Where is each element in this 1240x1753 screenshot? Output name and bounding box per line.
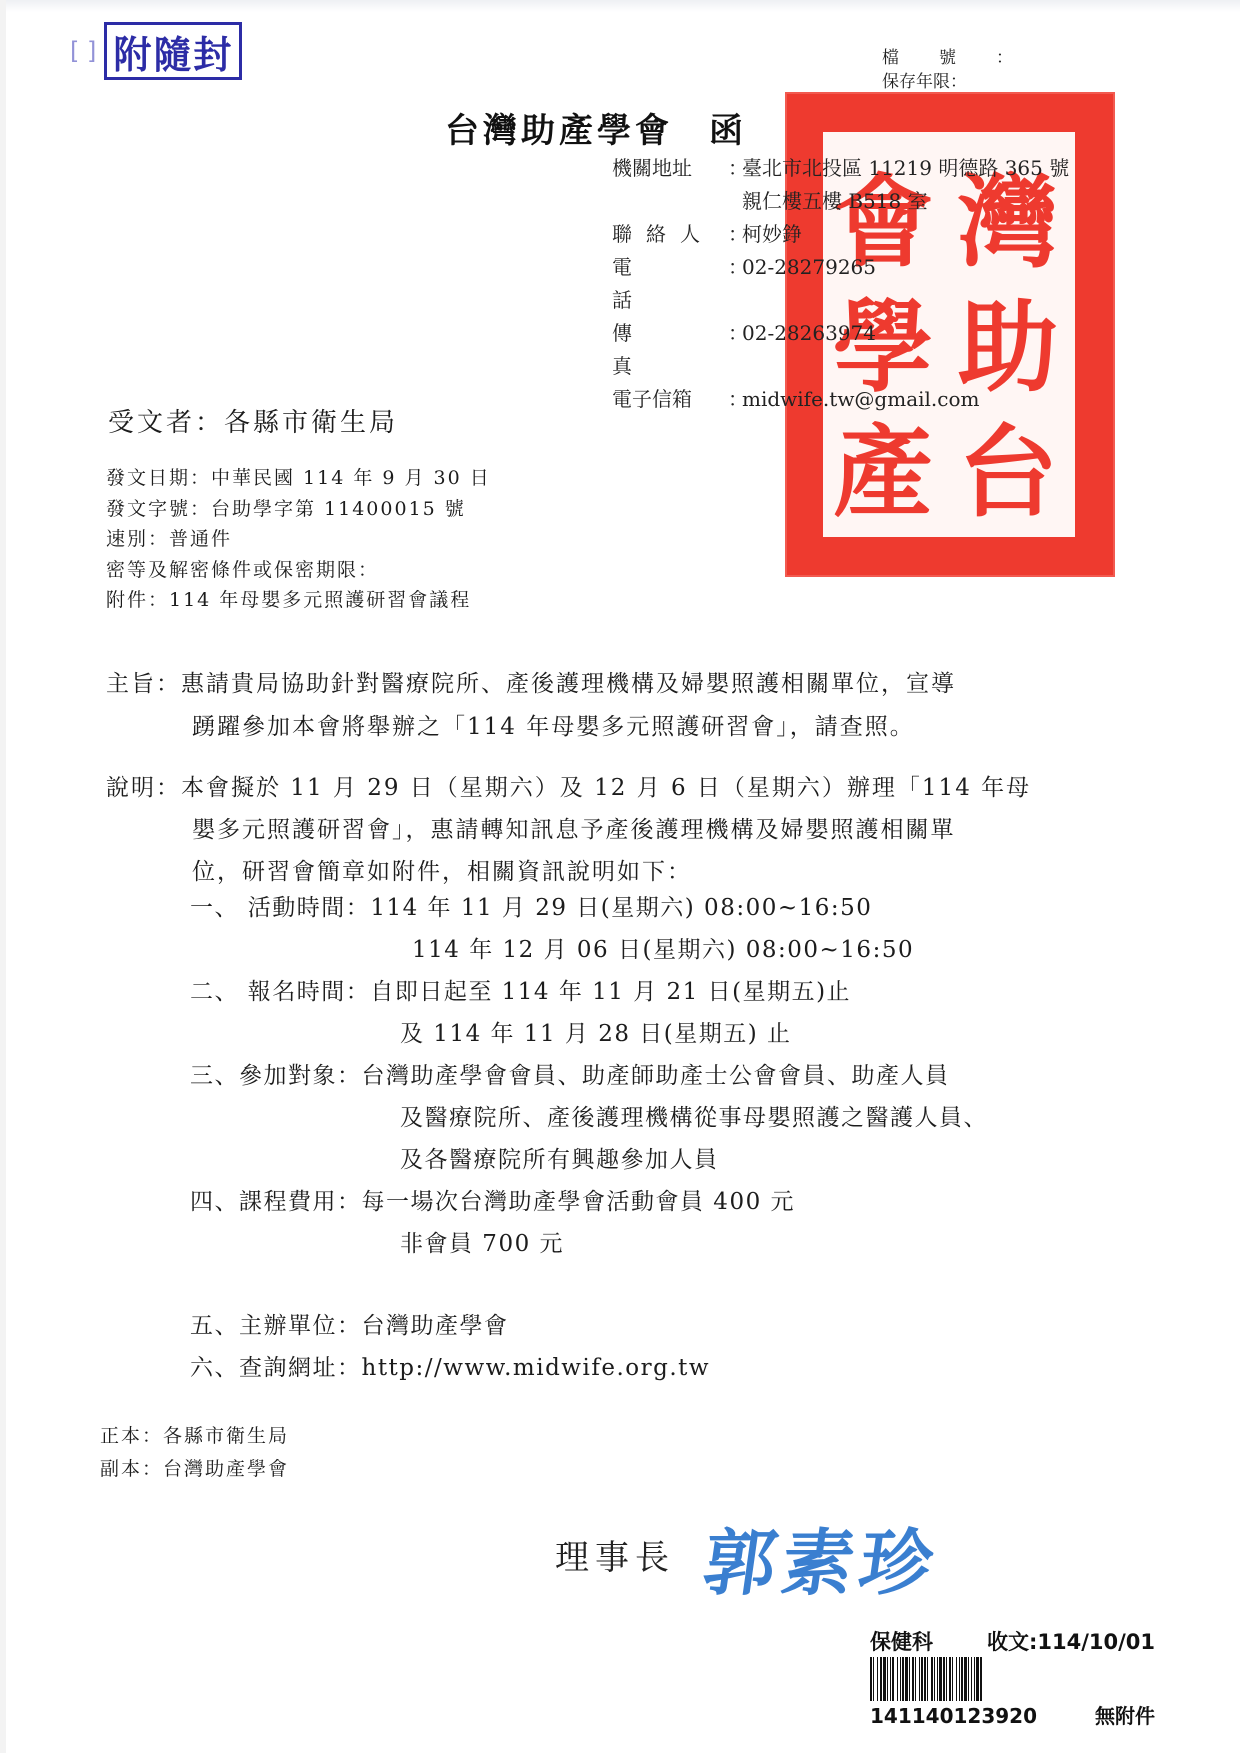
original-recipient: 正本：各縣市衛生局 — [100, 1420, 289, 1453]
item-organizer: 五、主辦單位：台灣助產學會 — [190, 1305, 988, 1347]
recipient: 受文者：各縣市衛生局 — [108, 402, 398, 439]
contact-phone: 電話： 02-28279265 — [612, 251, 1069, 317]
explanation-line: 嬰多元照護研習會」，惠請轉知訊息予產後護理機構及婦嬰照護相關單 — [106, 809, 1031, 851]
item-line: 每一場次台灣助產學會活動會員 400 元 — [362, 1189, 796, 1215]
receiving-department: 保健科 — [870, 1630, 933, 1654]
website-link[interactable]: http://www.midwife.org.tw — [362, 1355, 711, 1381]
enclosure-stamp: [ ] 附隨封 — [70, 22, 242, 80]
contact-email: 電子信箱： midwife.tw@gmail.com — [612, 383, 1069, 416]
item-line: 及各醫療院所有興趣參加人員 — [190, 1139, 988, 1181]
contact-block: 機關地址： 臺北市北投區 11219 明德路 365 號 親仁樓五樓 B518 … — [612, 152, 1069, 416]
contact-value: 柯妙錚 — [742, 218, 802, 251]
contact-address: 機關地址： 臺北市北投區 11219 明德路 365 號 — [612, 152, 1069, 185]
contact-label: 聯絡人 — [612, 218, 728, 251]
item-line: 及 114 年 11 月 28 日(星期五) 止 — [190, 1013, 988, 1055]
contact-person: 聯絡人： 柯妙錚 — [612, 218, 1069, 251]
organization-name: 台灣助產學會 — [445, 111, 673, 151]
item-line: 台灣助產學會會員、助產師助產士公會會員、助產人員 — [362, 1063, 950, 1089]
document-meta: 發文日期：中華民國 114 年 9 月 30 日 發文字號：台助學字第 1140… — [106, 463, 491, 616]
received-date: 收文:114/10/01 — [987, 1630, 1155, 1654]
contact-label: 電話 — [612, 251, 728, 317]
item-line: 非會員 700 元 — [190, 1223, 988, 1265]
item-label: 一、 活動時間： — [190, 895, 370, 921]
contact-label: 機關地址 — [612, 152, 728, 185]
explanation: 說明：本會擬於 11 月 29 日（星期六）及 12 月 6 日（星期六）辦理「… — [106, 767, 1031, 893]
item-label: 三、參加對象： — [190, 1063, 362, 1089]
item-activity-time: 一、 活動時間：114 年 11 月 29 日(星期六) 08:00~16:50… — [190, 887, 988, 971]
item-registration-time: 二、 報名時間：自即日起至 114 年 11 月 21 日(星期五)止 及 11… — [190, 971, 988, 1055]
explanation-items: 一、 活動時間：114 年 11 月 29 日(星期六) 08:00~16:50… — [190, 887, 988, 1389]
file-meta: 檔號 ： 保存年限 ： — [882, 46, 1013, 94]
scan-left-edge — [0, 0, 6, 1753]
item-fees: 四、課程費用：每一場次台灣助產學會活動會員 400 元 非會員 700 元 — [190, 1181, 988, 1265]
file-no-row: 檔號 ： — [882, 46, 1013, 70]
receipt-label: 保健科 收文:114/10/01 141140123920 無附件 — [870, 1630, 1155, 1735]
barcode-icon — [870, 1657, 1155, 1701]
explanation-label: 說明： — [106, 775, 181, 801]
document-number: 發文字號：台助學字第 11400015 號 — [106, 494, 491, 525]
signatory-title: 理事長 — [555, 1530, 675, 1579]
item-label: 五、主辦單位： — [190, 1313, 362, 1339]
seal-glyph: 產 — [833, 422, 933, 522]
attachment-status: 無附件 — [1095, 1704, 1155, 1728]
subject-line: 惠請貴局協助針對醫療院所、產後護理機構及婦嬰照護相關單位，宣導 — [181, 671, 956, 697]
subject-line: 踴躍參加本會將舉辦之「114 年母嬰多元照護研習會」，請查照。 — [106, 706, 956, 749]
subject-label: 主旨： — [106, 671, 181, 697]
barcode-number: 141140123920 — [870, 1704, 1037, 1728]
item-label: 六、查詢網址： — [190, 1355, 362, 1381]
urgency: 速別：普通件 — [106, 524, 491, 555]
item-line: 台灣助產學會 — [362, 1313, 509, 1339]
enclosure-stamp-faint: [ ] — [70, 37, 96, 65]
explanation-line: 本會擬於 11 月 29 日（星期六）及 12 月 6 日（星期六）辦理「114… — [181, 775, 1031, 801]
issue-date: 發文日期：中華民國 114 年 9 月 30 日 — [106, 463, 491, 494]
item-website: 六、查詢網址：http://www.midwife.org.tw — [190, 1347, 988, 1389]
copy-recipient: 副本：台灣助產學會 — [100, 1453, 289, 1486]
item-line: 114 年 12 月 06 日(星期六) 08:00~16:50 — [190, 929, 988, 971]
retention-row: 保存年限 ： — [882, 70, 1013, 94]
enclosure-stamp-label: 附隨封 — [104, 22, 242, 80]
letter-title: 台灣助產學會函 — [445, 103, 747, 152]
scan-edge — [0, 0, 1240, 12]
file-no-colon: ： — [996, 46, 1013, 70]
signature-stamp: 郭素珍 — [698, 1505, 947, 1609]
item-label: 四、課程費用： — [190, 1189, 362, 1215]
contact-label: 電子信箱 — [612, 383, 728, 416]
contact-value: 02-28279265 — [742, 251, 876, 317]
item-line: 及醫療院所、產後護理機構從事母嬰照護之醫護人員、 — [190, 1097, 988, 1139]
retention-label: 保存年限 — [882, 70, 950, 94]
contact-value: 親仁樓五樓 B518 室 — [742, 185, 928, 218]
contact-label: 傳真 — [612, 317, 728, 383]
contact-value: midwife.tw@gmail.com — [742, 383, 979, 416]
seal-glyph: 台 — [958, 422, 1058, 522]
file-no-label: 檔號 — [882, 46, 996, 70]
retention-colon: ： — [950, 70, 967, 94]
contact-address-2: 親仁樓五樓 B518 室 — [612, 185, 1069, 218]
classification: 密等及解密條件或保密期限： — [106, 555, 491, 586]
subject: 主旨：惠請貴局協助針對醫療院所、產後護理機構及婦嬰照護相關單位，宣導 踴躍參加本… — [106, 663, 956, 749]
contact-value: 臺北市北投區 11219 明德路 365 號 — [742, 152, 1069, 185]
item-participants: 三、參加對象：台灣助產學會會員、助產師助產士公會會員、助產人員 及醫療院所、產後… — [190, 1055, 988, 1181]
item-line: 114 年 11 月 29 日(星期六) 08:00~16:50 — [370, 895, 872, 921]
item-label: 二、 報名時間： — [190, 979, 370, 1005]
document-type: 函 — [709, 111, 747, 151]
attachment: 附件：114 年母嬰多元照護研習會議程 — [106, 585, 491, 616]
distribution: 正本：各縣市衛生局 副本：台灣助產學會 — [100, 1420, 289, 1486]
item-line: 自即日起至 114 年 11 月 21 日(星期五)止 — [370, 979, 851, 1005]
contact-fax: 傳真： 02-28263974 — [612, 317, 1069, 383]
contact-value: 02-28263974 — [742, 317, 876, 383]
